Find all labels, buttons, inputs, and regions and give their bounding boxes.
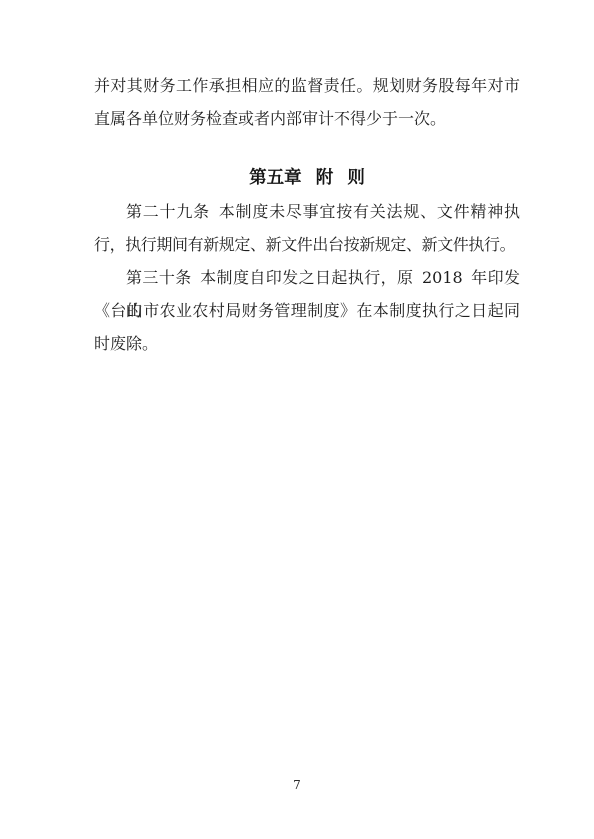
article-29-line: 行，执行期间有新规定、新文件出台按新规定、新文件执行。 <box>94 228 520 261</box>
blank-line <box>94 135 520 162</box>
article-30-line: 时废除。 <box>94 327 520 360</box>
text-line: 并对其财务工作承担相应的监督责任。规划财务股每年对市 <box>94 69 520 102</box>
article-29-line: 第二十九条 本制度未尽事宜按有关法规、文件精神执 <box>94 195 520 228</box>
chapter-heading: 第五章 附 则 <box>94 162 520 195</box>
article-30-line: 第三十条 本制度自印发之日起执行，原 2018 年印发的 <box>94 261 520 294</box>
document-page: 并对其财务工作承担相应的监督责任。规划财务股每年对市 直属各单位财务检查或者内部… <box>0 0 594 839</box>
page-number: 7 <box>0 778 594 792</box>
content-block: 并对其财务工作承担相应的监督责任。规划财务股每年对市 直属各单位财务检查或者内部… <box>94 69 520 360</box>
text-line: 直属各单位财务检查或者内部审计不得少于一次。 <box>94 102 520 135</box>
article-30-line: 《台山市农业农村局财务管理制度》在本制度执行之日起同 <box>94 294 520 327</box>
